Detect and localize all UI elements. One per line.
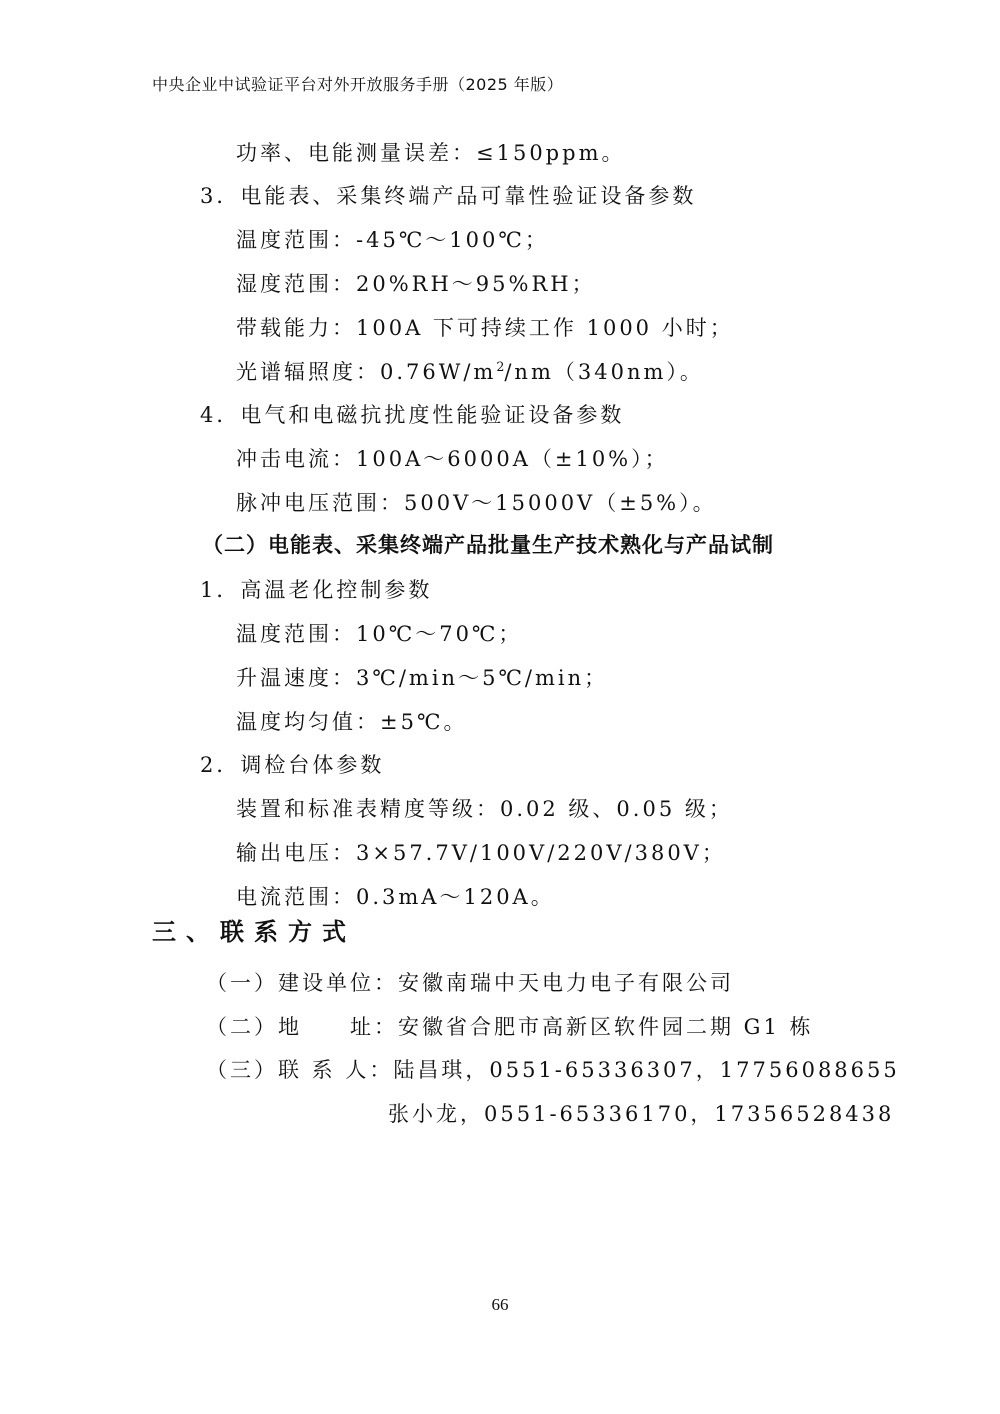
irradiance-text-b: /nm（340nm）。 <box>504 360 704 384</box>
item-2-heading: 2．调检台体参数 <box>200 749 384 779</box>
param-humidity-range: 湿度范围：20%RH～95%RH； <box>236 268 596 298</box>
param-accuracy-class: 装置和标准表精度等级：0.02 级、0.05 级； <box>236 793 733 823</box>
param-temp-uniformity: 温度均匀值：±5℃。 <box>236 706 467 736</box>
param-temp-range-2: 温度范围：10℃～70℃； <box>236 618 522 648</box>
param-heating-rate: 升温速度：3℃/min～5℃/min； <box>236 662 608 692</box>
page-number: 66 <box>0 1295 1000 1315</box>
param-output-voltage: 输出电压：3×57.7V/100V/220V/380V； <box>236 837 726 867</box>
param-spectral-irradiance: 光谱辐照度：0.76W/m2/nm（340nm）。 <box>236 356 704 386</box>
item-1-heading: 1．高温老化控制参数 <box>200 574 432 604</box>
section-2-heading: （二）电能表、采集终端产品批量生产技术熟化与产品试制 <box>202 529 774 559</box>
irradiance-text-a: 光谱辐照度：0.76W/m <box>236 360 496 384</box>
section-3-heading: 三、联系方式 <box>152 912 356 947</box>
item-3-heading: 3．电能表、采集终端产品可靠性验证设备参数 <box>200 180 696 210</box>
contact-unit: （一）建设单位：安徽南瑞中天电力电子有限公司 <box>206 967 734 997</box>
contact-person-1: （三）联 系 人：陆昌琪，0551-65336307，17756088655 <box>206 1054 900 1084</box>
param-current-range: 电流范围：0.3mA～120A。 <box>236 881 555 911</box>
param-surge-current: 冲击电流：100A～6000A（±10%）； <box>236 443 669 473</box>
document-page: 中央企业中试验证平台对外开放服务手册（2025 年版） 功率、电能测量误差：≤1… <box>0 0 1000 1414</box>
param-pulse-voltage: 脉冲电压范围：500V～15000V（±5%）。 <box>236 487 717 517</box>
param-power-error: 功率、电能测量误差：≤150ppm。 <box>236 137 625 167</box>
contact-person-2: 张小龙，0551-65336170，17356528438 <box>388 1098 894 1128</box>
item-4-heading: 4．电气和电磁抗扰度性能验证设备参数 <box>200 399 624 429</box>
running-header: 中央企业中试验证平台对外开放服务手册（2025 年版） <box>152 72 563 95</box>
param-temp-range: 温度范围：-45℃～100℃； <box>236 224 549 254</box>
contact-address: （二）地 址：安徽省合肥市高新区软件园二期 G1 栋 <box>206 1011 814 1041</box>
param-load-capacity: 带载能力：100A 下可持续工作 1000 小时； <box>236 312 734 342</box>
